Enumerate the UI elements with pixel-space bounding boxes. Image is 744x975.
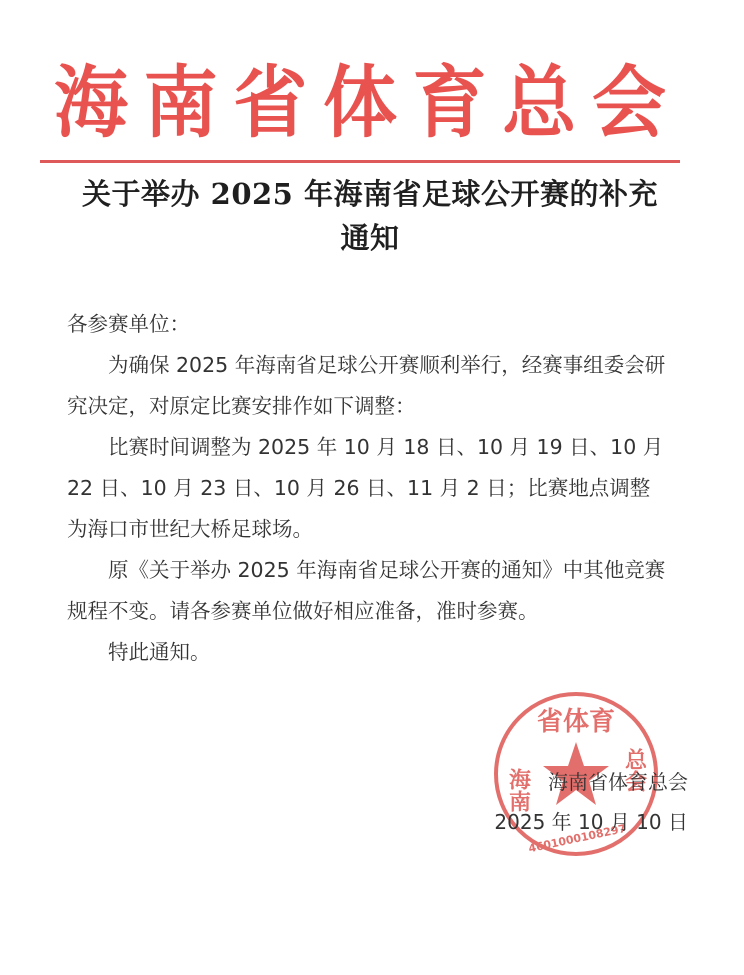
masthead-char: 海 <box>54 56 128 151</box>
closing-line: 特此通知。 <box>67 632 667 673</box>
masthead-char: 省 <box>233 56 307 151</box>
masthead: 海 南 省 体 育 总 会 <box>40 58 680 148</box>
red-divider <box>40 160 680 163</box>
paragraph-purpose: 为确保 2025 年海南省足球公开赛顺利举行，经赛事组委会研究决定，对原定比赛安… <box>67 345 667 427</box>
masthead-char: 南 <box>144 56 218 151</box>
masthead-char: 总 <box>502 56 576 151</box>
masthead-char: 体 <box>323 56 397 151</box>
paragraph-schedule: 比赛时间调整为 2025 年 10 月 18 日、10 月 19 日、10 月 … <box>67 427 667 550</box>
seal-top-text: 省体育 <box>537 706 615 737</box>
signature-block: 海南省体育总会 2025 年 10 月 10 日 <box>478 762 688 842</box>
salutation: 各参赛单位： <box>67 304 667 345</box>
title-line-2: 通知 <box>40 216 700 260</box>
document-title: 关于举办 2025 年海南省足球公开赛的补充 通知 <box>40 172 700 260</box>
signature-date: 2025 年 10 月 10 日 <box>478 802 688 842</box>
masthead-char: 会 <box>592 56 666 151</box>
masthead-char: 育 <box>413 56 487 151</box>
title-line-1: 关于举办 2025 年海南省足球公开赛的补充 <box>40 172 700 216</box>
signature-organization: 海南省体育总会 <box>478 762 688 802</box>
document-body: 各参赛单位： 为确保 2025 年海南省足球公开赛顺利举行，经赛事组委会研究决定… <box>67 304 667 673</box>
paragraph-rules: 原《关于举办 2025 年海南省足球公开赛的通知》中其他竞赛规程不变。请各参赛单… <box>67 550 667 632</box>
